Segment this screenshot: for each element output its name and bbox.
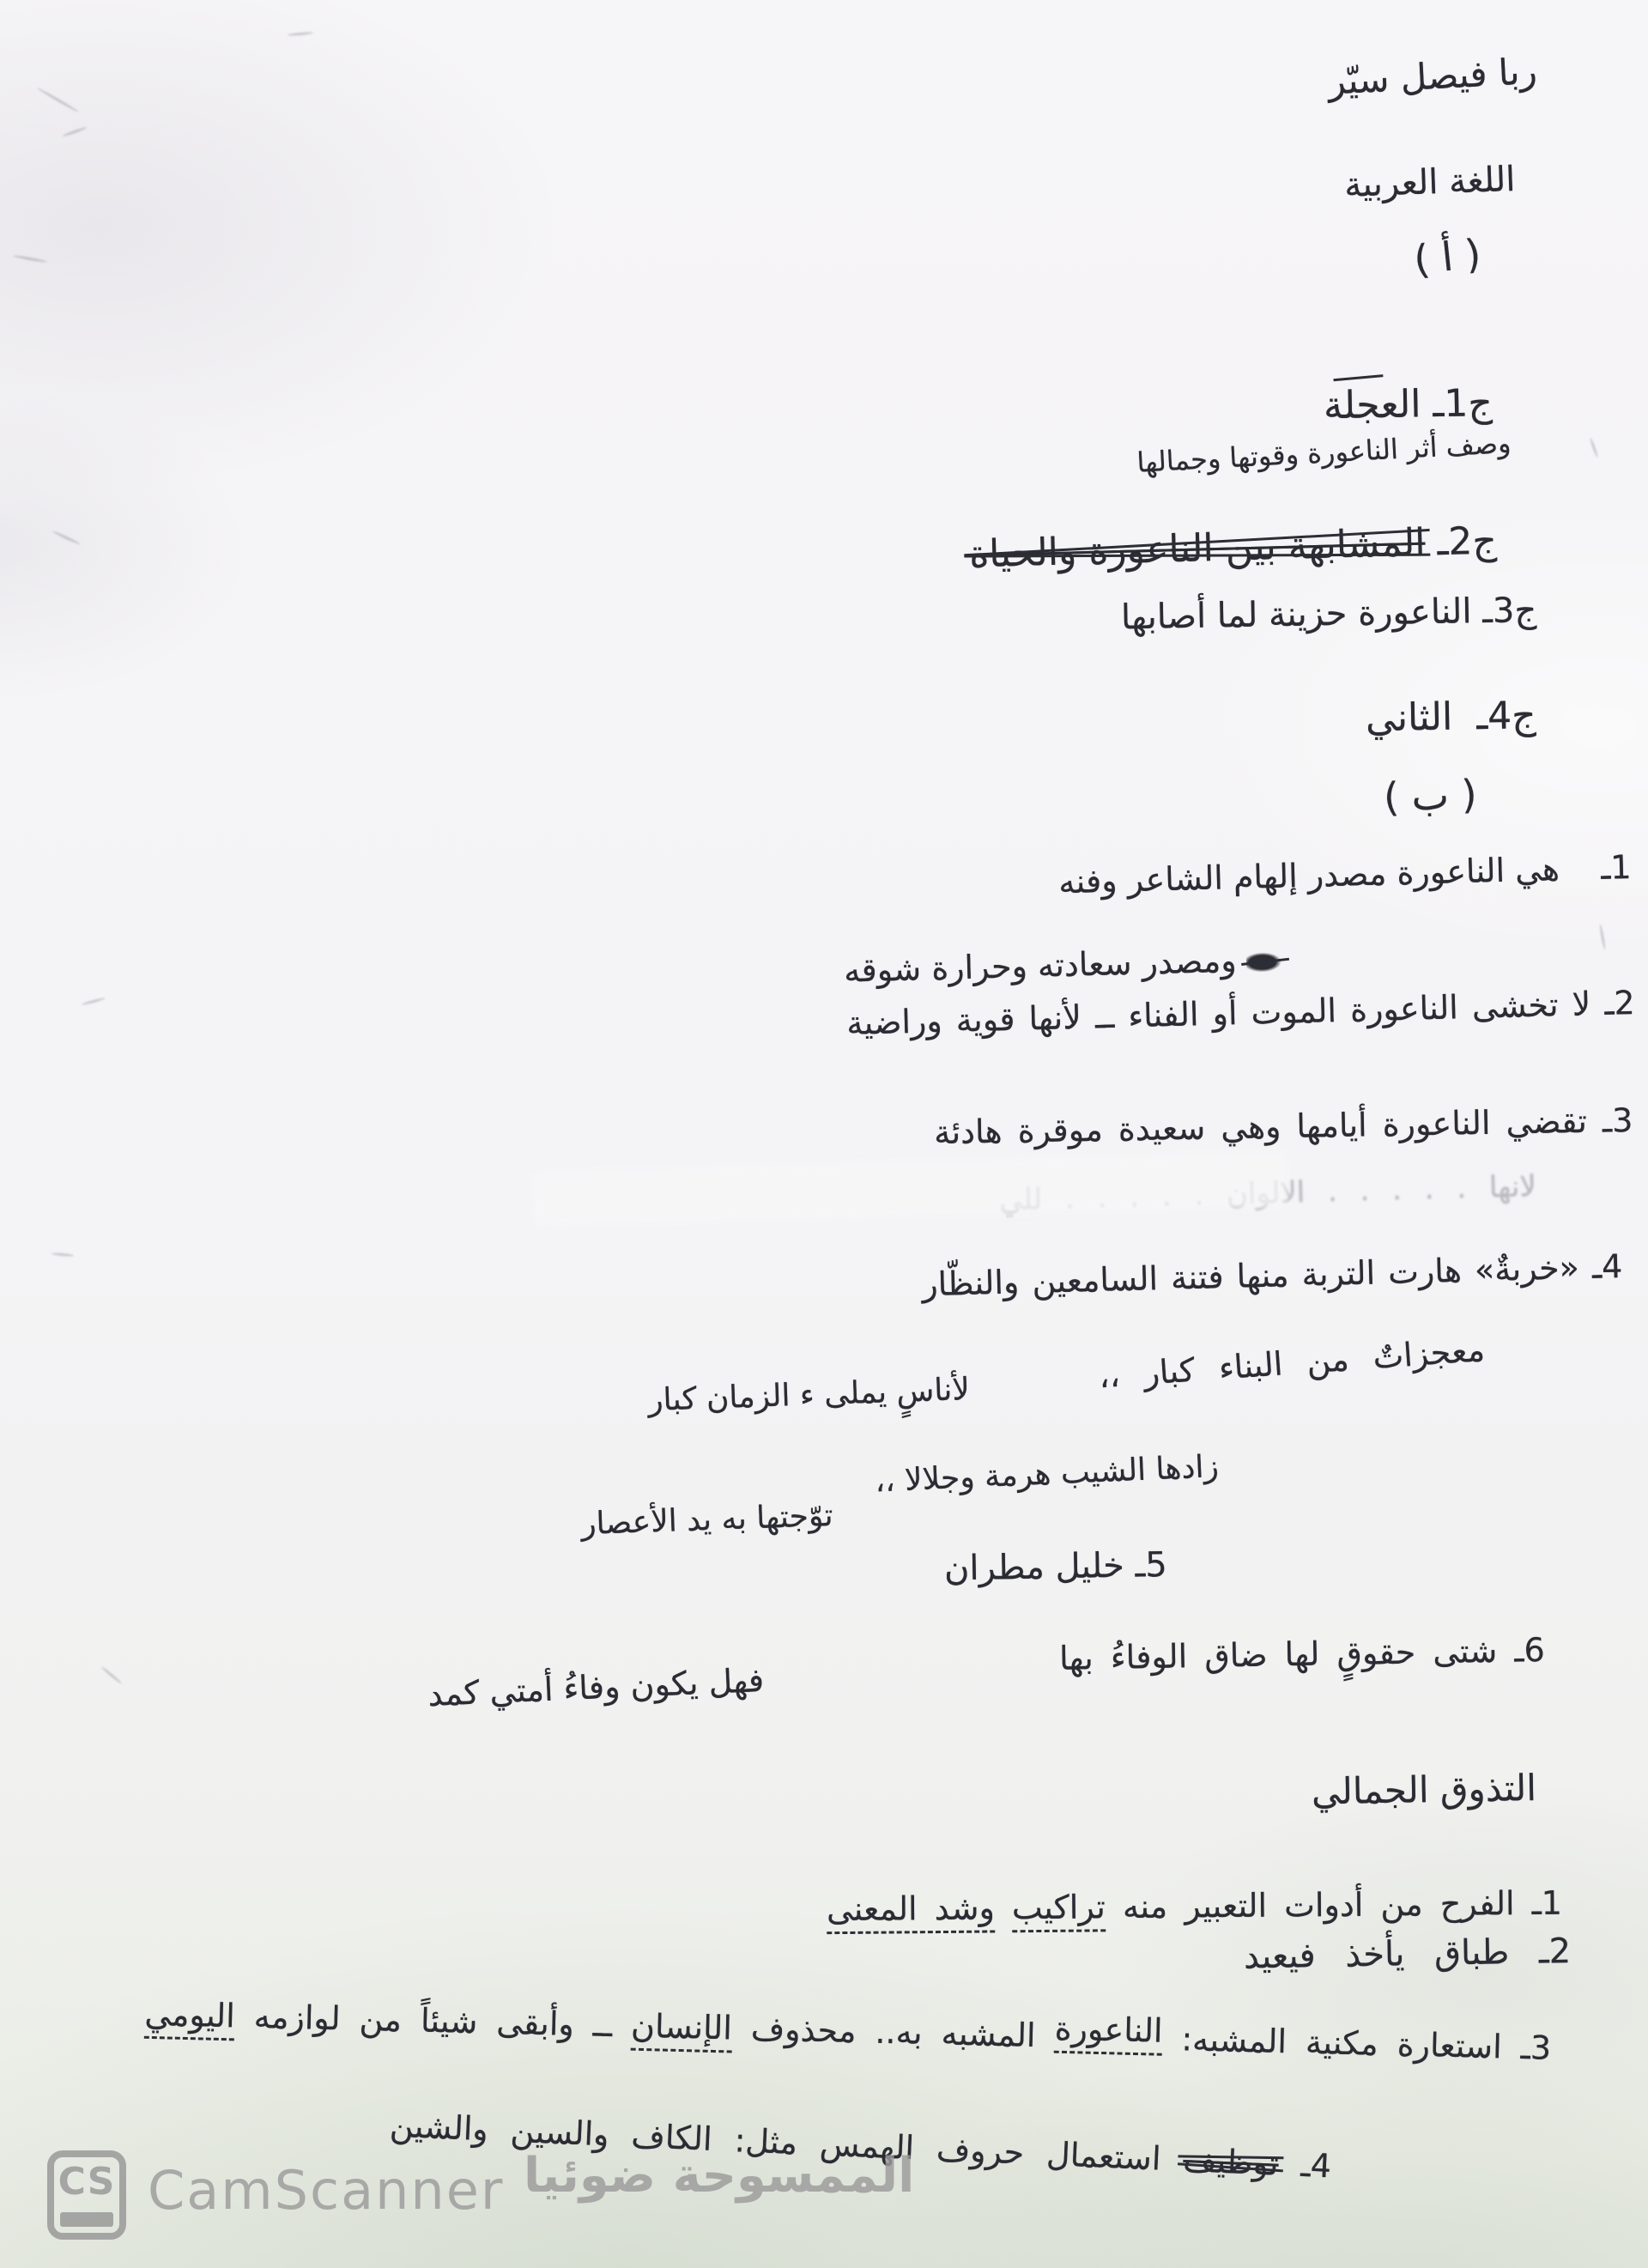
- verse-2-second-hemistich: توّجتها به يد الأعصار: [580, 1498, 833, 1542]
- scan-mark: [51, 1252, 74, 1257]
- scan-mark: [1599, 924, 1606, 949]
- answer-q4: ج4ـ الثاني: [1366, 694, 1536, 740]
- scan-mark: [62, 126, 87, 137]
- q1-label: ج1ـ: [1421, 381, 1493, 426]
- q2-label: ج2ـ: [1425, 518, 1498, 564]
- scan-mark: [52, 531, 81, 546]
- aesthetic-item-3-part-1: 3ـ استعارة مكنية المشبه:: [1161, 2020, 1551, 2067]
- b-answer-1-line-1: 1ـ هي الناعورة مصدر إلهام الشاعر وفنه: [1057, 848, 1631, 901]
- scan-mark: [101, 1666, 123, 1685]
- b-answer-4: 4ـ «خربةٌ» هارت التربة منها فتنة السامعي…: [922, 1247, 1623, 1303]
- verse-1-first-hemistich: معجزاتٌ من البناء كبار ،،: [1098, 1331, 1487, 1395]
- camscanner-logo-text: CS: [54, 2157, 119, 2207]
- camscanner-logo-bar: [60, 2212, 113, 2227]
- answer-q3: ج3ـ الناعورة حزينة لما أصابها: [1120, 591, 1536, 637]
- aesthetic-item-2: 2ـ طباق يأخذ فيعيد: [1244, 1931, 1572, 1977]
- q1-answer-text: العجلة: [1324, 382, 1421, 428]
- b-answer-6-first: 6ـ شتى حقوقٍ لها ضاق الوفاءُ بها: [1059, 1631, 1545, 1677]
- aesthetic-item-1-start: 1ـ الفرح من أدوات التعبير منه: [1105, 1884, 1561, 1926]
- aesthetic-item-3-underlined-2: الإنسان: [630, 2007, 732, 2053]
- aesthetic-item-3-part-3: ــ وأبقى شيئاً من لوازمه: [234, 1997, 632, 2044]
- camscanner-logo: CS: [47, 2150, 126, 2240]
- camscanner-brand-watermark: CamScanner: [148, 2159, 504, 2222]
- aesthetic-item-3-underlined-3: اليومي: [143, 1995, 234, 2041]
- aesthetic-item-3-part-2: المشبه به.. محذوف: [731, 2010, 1055, 2055]
- section-a-label: ( أ ): [1412, 230, 1483, 283]
- aesthetic-heading: التذوق الجمالي: [1312, 1767, 1537, 1813]
- b-answer-5-poet-name: 5ـ خليل مطران: [944, 1545, 1167, 1589]
- subject-title: اللغة العربية: [1343, 160, 1516, 205]
- scanned-document-page: ربا فيصل سيّر اللغة العربية ( أ ) ج1ـ ال…: [0, 0, 1648, 2268]
- aesthetic-item-4-label: 4ـ: [1277, 2145, 1331, 2186]
- aesthetic-item-3: 3ـ استعارة مكنية المشبه: الناعورة المشبه…: [142, 1957, 1627, 2107]
- ink-scribble: [1246, 950, 1285, 973]
- verse-1-second-hemistich: لأناسٍ يملى ء الزمان كبار: [648, 1372, 971, 1418]
- scan-mark: [288, 32, 313, 37]
- b-answer-3: 3ـ تقضي الناعورة أيامها وهي سعيدة موقرة …: [933, 1101, 1633, 1151]
- aesthetic-item-4-struck: توظيف: [1182, 2141, 1279, 2183]
- aesthetic-item-3-underlined-1: الناعورة: [1054, 2010, 1163, 2056]
- aesthetic-item-1-underlined-2: وشد المعنى: [827, 1889, 995, 1934]
- whiteout-patch: [531, 1150, 1287, 1227]
- camscanner-arabic-watermark: الممسوحة ضوئيا: [524, 2148, 914, 2204]
- aesthetic-item-1-mid: [994, 1889, 1011, 1926]
- scan-mark: [13, 255, 47, 264]
- scan-mark: [37, 87, 79, 112]
- section-b-label: ( ب ): [1383, 771, 1477, 821]
- q2-struck-text: المشابهة بين الناعورة والحياة: [969, 521, 1427, 577]
- b-answer-1-line-2-text: ومصدر سعادته وحرارة شوقه: [844, 942, 1237, 990]
- scan-mark: [1589, 438, 1598, 458]
- student-name: ربا فيصل سيّر: [1327, 50, 1538, 103]
- verse-2-first-hemistich: زادها الشيب هرمة وجلالا ،،: [875, 1449, 1220, 1499]
- b-answer-6-second: فهل يكون وفاءُ أمتي كمد: [427, 1661, 765, 1713]
- scan-mark: [82, 997, 106, 1005]
- aesthetic-item-1-underlined-1: تراكيب: [1011, 1888, 1105, 1932]
